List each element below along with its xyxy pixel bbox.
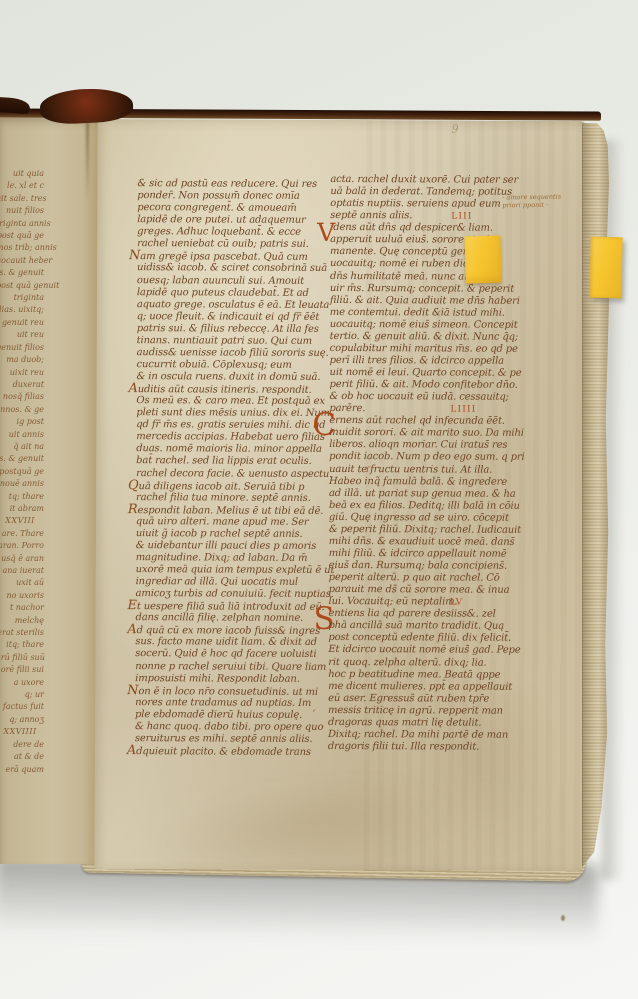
text-line: Non ē in loco nr̄o consuetudinis. ut mi xyxy=(127,685,353,698)
text-line: rachel filia tua minore. septē annis. xyxy=(136,492,354,505)
dust-speck xyxy=(561,915,565,921)
text-line-fragment: are. Thare xyxy=(0,528,44,540)
text-line: & sic ad pastū eas reducere. Qui res xyxy=(137,178,355,191)
margin-chapter-number: XXVIIII xyxy=(0,726,44,738)
text-line: acta. rachel duxit uxorē. Cui pater ser xyxy=(330,174,548,187)
text-line: imposuisti mihi. Respondit laban. xyxy=(135,673,353,686)
text-line-fragment: post quā ge xyxy=(0,230,44,242)
yellow-bookmark-tab xyxy=(589,237,622,299)
chapter-number: LV xyxy=(450,597,464,609)
text-line-fragment: uixit reu xyxy=(0,367,44,379)
text-line: Videns aūt dn̄s qd despicer& liam. xyxy=(330,222,548,235)
text-line-fragment: at & de xyxy=(0,751,44,763)
text-line: uidiss& iacob. & sciret consobrinā suā xyxy=(137,263,355,276)
text-line: Sentiens lia qd parere desiiss&. zel xyxy=(328,608,546,621)
text-line: & in oscula ruens. duxit in domū suā. xyxy=(136,371,354,384)
text-line: uiuit g̃ iacob p rachel septē annis. xyxy=(136,528,354,541)
text-line: apperuit uuluā eius̄. sorore steri xyxy=(330,234,548,247)
text-line: perī illi tres filios. & idcirco appella xyxy=(330,355,548,368)
text-line-fragment: aran. Porro xyxy=(0,540,44,552)
text-line: Respondit laban. Melius ē ut tibi eā dē. xyxy=(128,504,354,517)
text-column-right: acta. rachel duxit uxorē. Cui pater seru… xyxy=(328,174,549,754)
text-column-left: & sic ad pastū eas reducere. Qui respond… xyxy=(135,178,356,758)
text-line: sus. facto mane uidit liam. & dixit ad xyxy=(135,636,353,649)
text-line-fragment: erat sterilis xyxy=(0,627,44,639)
text-line: Nam gregē ipsa pascebat. Quā cum xyxy=(129,250,355,263)
text-line-fragment: it abram xyxy=(0,503,44,515)
marginal-gloss-line: priori pponit · xyxy=(502,201,582,210)
text-line: septē annis aliis.LIII xyxy=(330,210,548,223)
text-line: eū aser. Egressus̄ aūt ruben tpr̄e xyxy=(328,693,546,706)
text-line-fragment: itq; thare xyxy=(0,639,44,651)
text-line: amicoʒ turbis ad conuiuiū. fecit nuptias… xyxy=(136,588,354,601)
manuscript-page: 9 & sic ad pastū eas reducere. Qui respo… xyxy=(94,119,586,871)
text-line: & ob hoc uocauit eū iudā. cessauitq; xyxy=(329,391,547,404)
text-line-fragment: mos trib; annis xyxy=(0,242,44,254)
text-line: uxorē meā quia iam tempus expletū ē ut xyxy=(136,564,354,577)
text-line-fragment: erā quam xyxy=(0,764,44,776)
chapter-number: LIII xyxy=(451,211,473,223)
text-line-fragment: dere de xyxy=(0,739,44,751)
text-line: seruiturus es mihi. septē annis aliis. xyxy=(135,733,353,746)
text-line-fragment: no uxoris xyxy=(0,590,44,602)
text-line: tinans. nuntiauit patri suo. Qui cum xyxy=(137,335,355,348)
text-line-fragment: nouē annis xyxy=(0,478,44,490)
text-line: mihi dn̄s. & exaudiuit uocē meā. dans̄ xyxy=(329,536,547,549)
text-line-fragment: arū filiū suū xyxy=(0,652,44,664)
text-line: bat̄ rachel. sed lia lippis erat oculis. xyxy=(136,456,354,469)
text-line-fragment: q̃ ait na xyxy=(0,441,44,453)
text-line: post conceptū edente filiū. dix felicit̄… xyxy=(328,632,546,645)
text-line: nores ante tradamus ad nuptias. Im xyxy=(135,697,353,710)
text-line: manente. Quę conceptū genuit xyxy=(330,246,548,259)
text-line: aquato grege. osculatus ē eā. Et leuata xyxy=(137,299,355,312)
text-line: magnitudine. Dixq; ad laban. Da m̄ xyxy=(136,552,354,565)
text-line-fragment: uit reu xyxy=(0,329,44,341)
text-line: giū. Quę ingresso ad se uiro. cōcepit xyxy=(329,512,547,525)
text-line: & peperit filiū. Dixitq; rachel. Iudicau… xyxy=(329,524,547,537)
folio-number: 9 xyxy=(452,122,459,135)
text-line-fragment: melchę xyxy=(0,615,44,627)
rubric-punctuation-mark: ʼ xyxy=(312,709,315,720)
text-line: rachel decora facie. & uenusto aspectu. xyxy=(136,468,354,481)
text-line-fragment: triginta xyxy=(0,292,44,304)
text-line-fragment: uxit aū xyxy=(0,577,44,589)
text-line-fragment: triginta annis xyxy=(0,218,44,230)
text-line: uocauitq; nomē ei ruben dicens̄. xyxy=(330,258,548,271)
text-line: ad illā. ut pariat sup genua mea. & ha xyxy=(329,488,547,501)
text-line: uocauitq; nomē eius̄ simeon. Concepit xyxy=(330,319,548,332)
text-line-fragment: uit annis xyxy=(0,429,44,441)
text-line: rit quoq. zelpha alterū. dixq; lia. xyxy=(328,656,546,669)
text-line: audiss& uenisse iacob filiū sororis suę. xyxy=(137,347,355,360)
text-line-fragment: s. & genuit xyxy=(0,453,44,465)
text-line-fragment: factus fuit xyxy=(0,701,44,713)
binding-fragment xyxy=(0,97,30,114)
text-line-fragment: post quā genuit xyxy=(0,280,44,292)
text-line-fragment: a uxore xyxy=(0,677,44,689)
text-line: me contemtui. dedit &iā istud mihi. xyxy=(330,307,548,320)
text-line-fragment: usq̃ ē aran xyxy=(0,553,44,565)
text-line: me dicent mulieres. ppt̄ ea appellauit xyxy=(328,681,546,694)
text-line-fragment: postquā ge xyxy=(0,466,44,478)
text-line-fragment: t nachor xyxy=(0,602,44,614)
text-line-fragment: uit sale. tres xyxy=(0,193,44,205)
photograph-of-manuscript: uit quiale. xl et cuit sale. tresnuit fi… xyxy=(0,0,638,999)
text-line-fragment: genuit reu xyxy=(0,317,44,329)
text-line: socerū. Quid ē hoc qd facere uoluisti xyxy=(135,649,353,662)
text-line: dragoris filii tui. Illa respondit. xyxy=(328,741,546,754)
text-line-fragment: lias. uixitq; xyxy=(0,304,44,316)
gutter-crease xyxy=(86,120,89,198)
text-line-fragment: uocauit heber xyxy=(0,255,44,267)
text-line: lui. Vocauitq; eū neptalim.LV xyxy=(329,596,547,609)
text-line-fragment: tq; thare xyxy=(0,491,44,503)
text-line-fragment: genuit filios xyxy=(0,342,44,354)
text-line-fragment: nosq̃ filias xyxy=(0,391,44,403)
text-line: Et idcirco uocauit nomē eius̄ gad. Pepe xyxy=(328,644,546,657)
marginal-gloss: - amore sequentis priori pponit · xyxy=(502,193,582,209)
text-line-fragment: nuit filios xyxy=(0,205,44,217)
text-line: Dixitq; rachel. Da mihi partē de man xyxy=(328,729,546,742)
margin-chapter-number: XXVIII xyxy=(0,515,44,527)
text-line: dn̄s humilitatē meā. nunc amabit xyxy=(330,270,548,283)
text-line: parēre.LIIII xyxy=(329,403,547,416)
text-line: peperit alterū. p quo ait rachel. Cō xyxy=(329,572,547,585)
text-line-fragment: s. & genuit xyxy=(0,267,44,279)
text-line: Adquieuit placito. & ebdomade trans xyxy=(127,745,353,758)
book-fore-edge xyxy=(582,123,609,867)
text-line-fragment: ig post xyxy=(0,416,44,428)
text-line: inuidit sorori. & ait marito suo. Da mih… xyxy=(329,427,547,440)
text-line: q; uoce fleuit. & indicauit ei qd fr̄ ēē… xyxy=(137,311,355,324)
text-line: parauit me ds̄ cū sorore mea. & inua xyxy=(329,584,547,597)
facing-page-text-fragments: uit quiale. xl et cuit sale. tresnuit fi… xyxy=(0,168,44,776)
text-line: Quā diligens iacob ait. Seruiā tibi p xyxy=(128,480,354,493)
text-line: hoc p beatitudine mea. Beatā qppe xyxy=(328,669,546,682)
text-line: mihi filiū. & idcirco appellauit nomē xyxy=(329,548,547,561)
text-line: quā uiro alteri. mane apud me. Ser xyxy=(136,516,354,529)
text-line: cucurrit obuiā. Cōplexusq; eum xyxy=(137,359,355,372)
text-line: copulabitur mihi maritus m̄s. eo qd pe xyxy=(330,343,548,356)
text-line: & hanc quoq. dabo tibi. pro opere quo xyxy=(135,721,353,734)
text-line: ponder̄. Non possum̄ donec omīa xyxy=(137,190,355,203)
text-line: ouesq; laban auunculi sui. Amouit xyxy=(137,275,355,288)
text-line-fragment: ma duob; xyxy=(0,354,44,366)
text-line-fragment: le. xl et c xyxy=(0,180,44,192)
text-line: filiū. & ait. Quia audiuit me dn̄s haber… xyxy=(330,295,548,308)
text-line-fragment: ana iuerat xyxy=(0,565,44,577)
text-line: nonne p rachel seruiui tibi. Quare liam xyxy=(135,661,353,674)
text-line: lapidē quo puteus claudebat̄. Et ad xyxy=(137,287,355,300)
text-line: eius̄ dan. Rursumq; bala concipiens̄. xyxy=(329,560,547,573)
text-line: pecora congregent̄. & amoueam̄ xyxy=(137,202,355,215)
text-line: Habeo inq̃ famulā balā. & ingredere xyxy=(329,476,547,489)
text-line: dragoras quas matri lię detulit. xyxy=(328,717,546,730)
text-line: liberos. alioqn moriar. Cui iratus̄ res xyxy=(329,439,547,452)
text-line-fragment: duxerat xyxy=(0,379,44,391)
text-line: uauit te fructu uentris tui. At illa. xyxy=(329,463,547,476)
text-line-fragment: q; ur xyxy=(0,689,44,701)
yellow-bookmark-on-page xyxy=(464,236,501,284)
text-line: Auditis aūt causis itineris. respondit. xyxy=(128,383,354,396)
text-line: patris sui. & filius rebeccę. At illa fe… xyxy=(137,323,355,336)
text-line: beā ex ea filios. Deditq; illi balā in c… xyxy=(329,500,547,513)
text-line-fragment: nnos. & ge xyxy=(0,404,44,416)
text-line-fragment: orē filii sui xyxy=(0,664,44,676)
chapter-number: LIIII xyxy=(450,404,476,416)
text-line: ple ebdomadē dierū huius copulę. xyxy=(135,709,353,722)
text-line: uir m̄s. Rursumq; concepit. & peperit xyxy=(330,283,548,296)
text-line-fragment: uit quia xyxy=(0,168,44,180)
text-line: uit nomē ei leui. Quarto concepit. & pe xyxy=(330,367,548,380)
text-line-fragment: q; annoʒ xyxy=(0,714,44,726)
text-line: pondit iacob. Num p deo ego sum. q pri xyxy=(329,451,547,464)
text-line: messis triticę in agrū. repperit man xyxy=(328,705,546,718)
text-line: tertio. & genuit aliū. & dixit. Nunc q̃q… xyxy=(330,331,548,344)
text-line: ingrediar ad illā. Qui uocatis mul xyxy=(136,576,354,589)
text-line: perit filiū. & ait. Modo confitebor dn̄o… xyxy=(329,379,547,392)
text-line: Cernens aūt rachel qd infecunda ēēt. xyxy=(329,415,547,428)
text-line: & uidebantur illi pauci dies p amoris xyxy=(136,540,354,553)
